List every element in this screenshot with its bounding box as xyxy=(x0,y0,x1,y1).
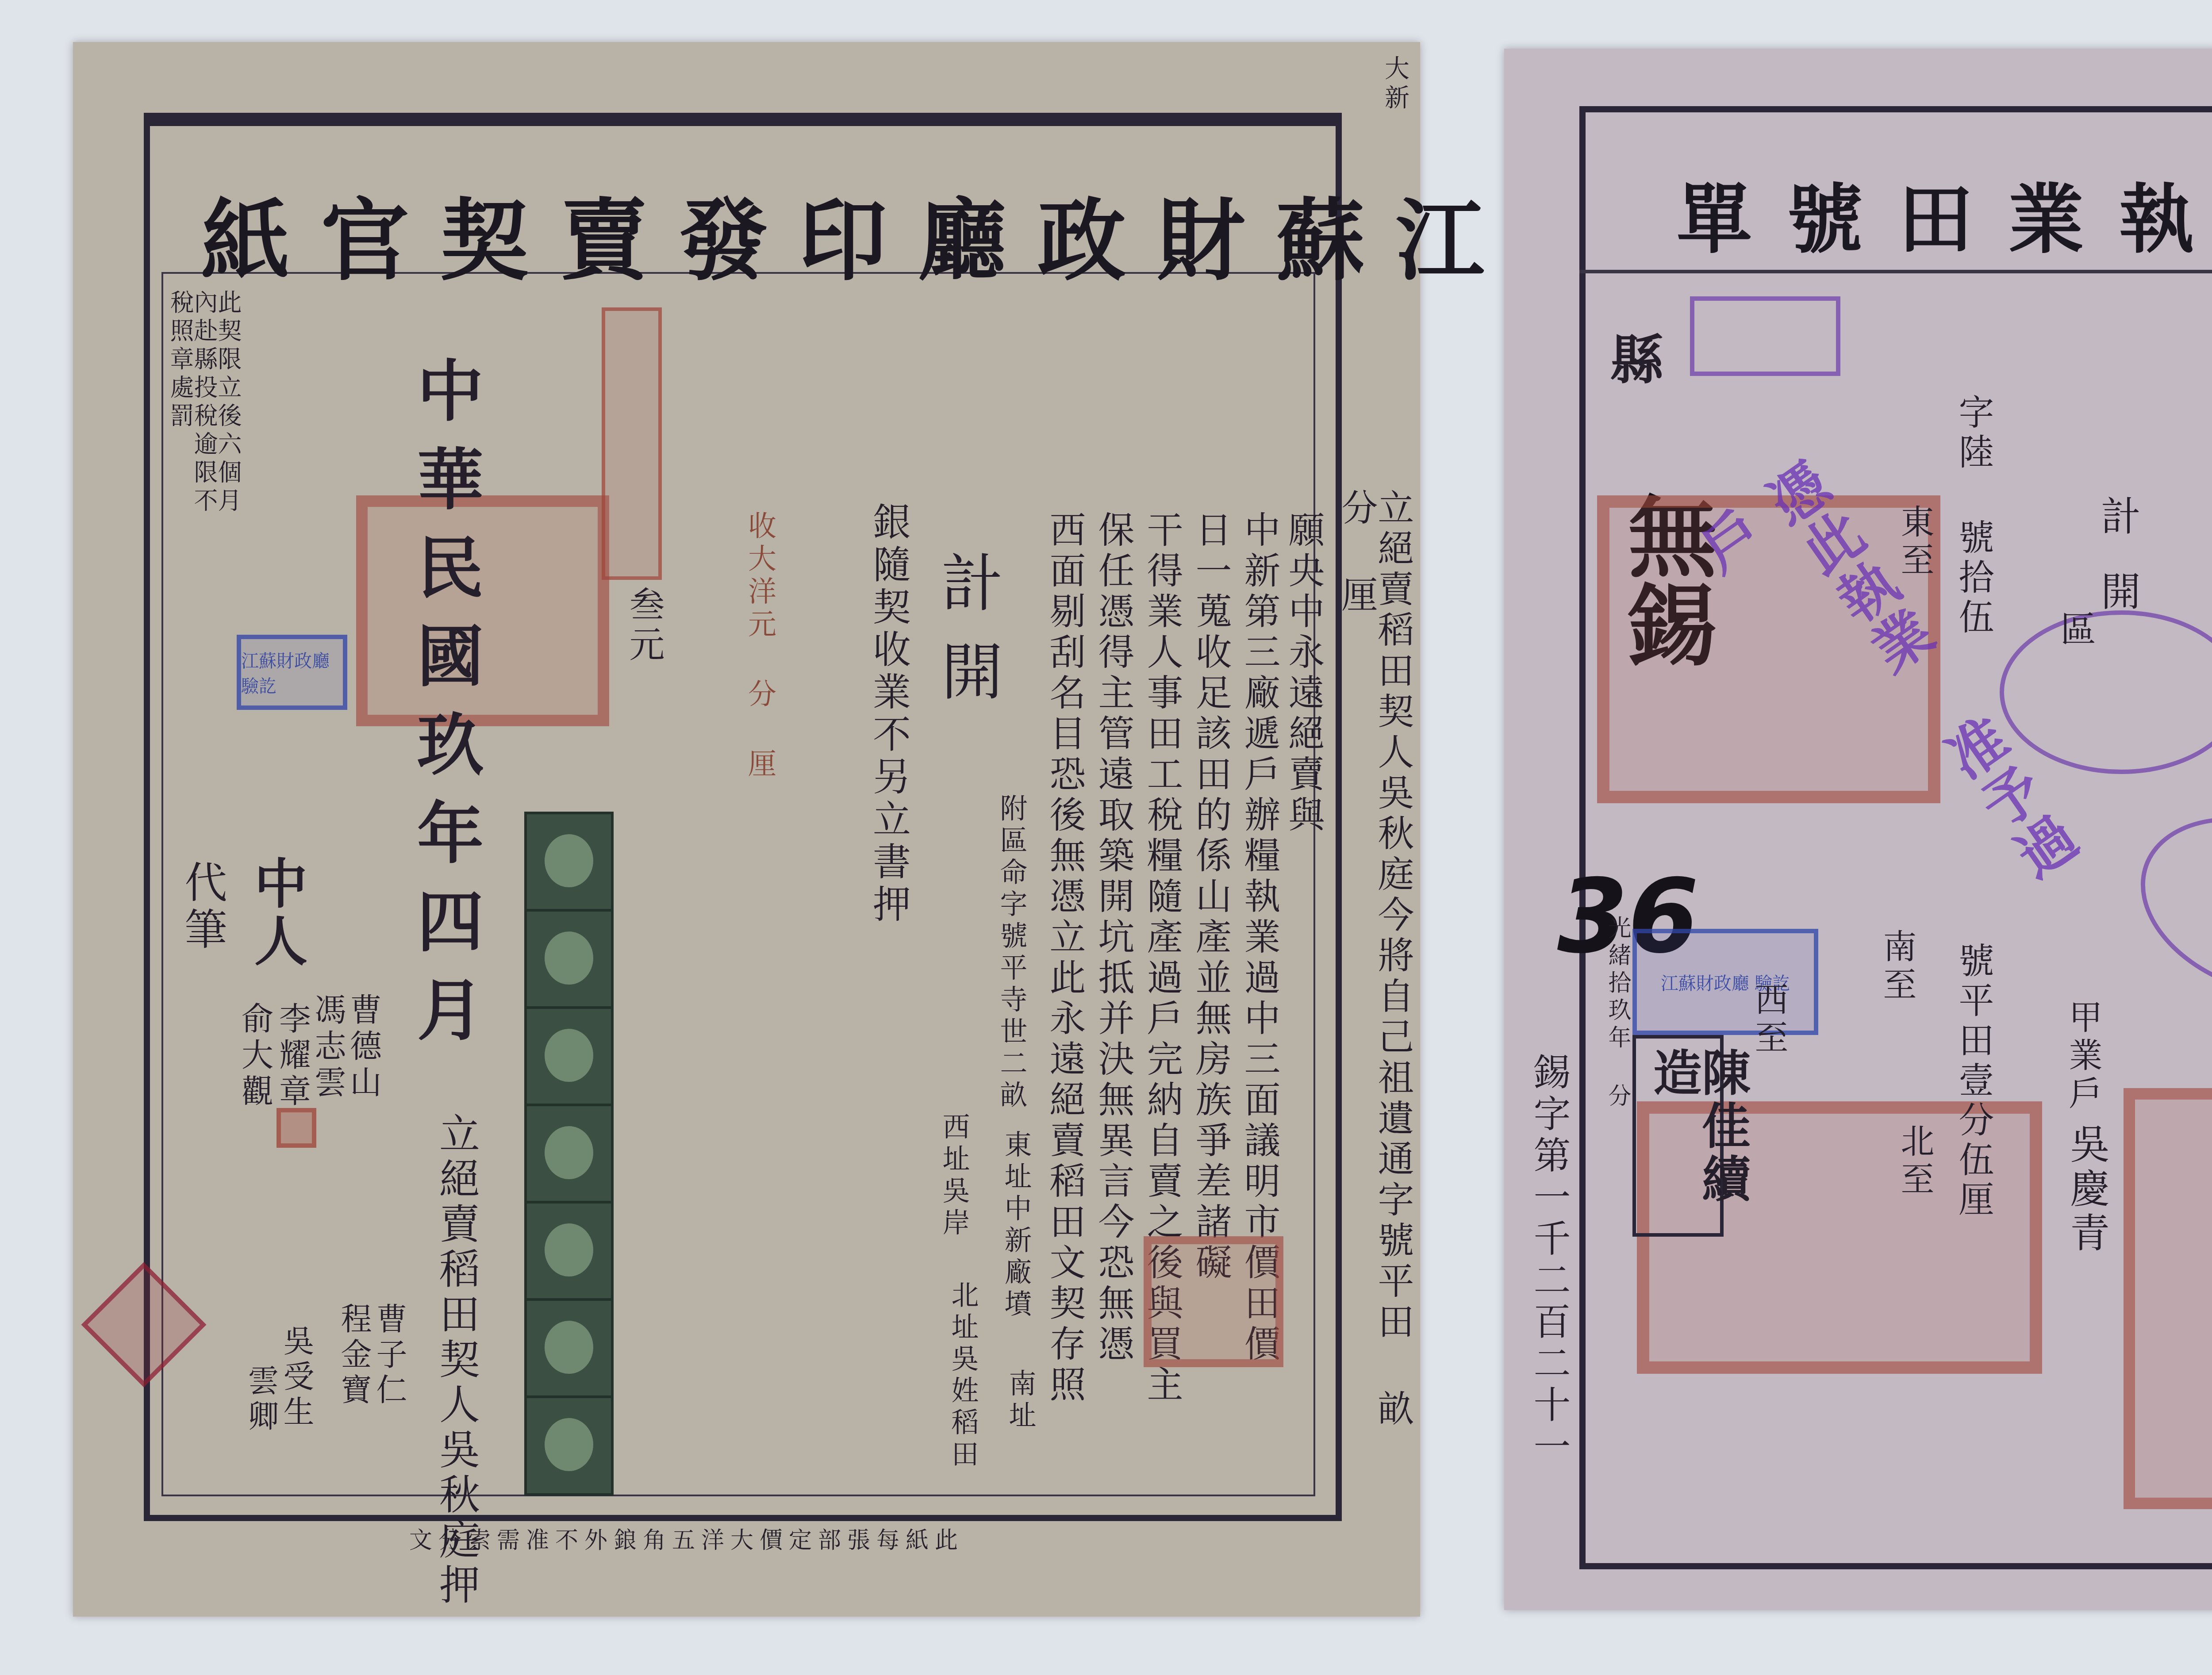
revenue-stamp xyxy=(524,1104,614,1204)
middleman-name: 曹德山 xyxy=(347,993,379,1102)
left-document-deed: 江蘇財政廳印發賣契官紙 大新 此契限立後六個月內赴縣投稅逾限不稅照章處罰 叁元 … xyxy=(73,42,1420,1617)
schedule-item: 北址吳姓稻田 xyxy=(949,1280,976,1472)
middleman-name: 俞大觀 xyxy=(239,1002,271,1111)
right-year-note: 光緒拾玖年 分 xyxy=(1606,916,1629,1111)
left-middlemen-heading: 中人 xyxy=(250,856,303,971)
revenue-stamp xyxy=(524,1298,614,1399)
schedule-item: 南址 xyxy=(1006,1369,1034,1433)
text-column: 立絕賣稻田契人吳秋庭今將自己祖遺通字號平田 畝 分 厘 xyxy=(1338,489,1411,1462)
revenue-stamp xyxy=(524,909,614,1009)
right-serial: 錫字第一千二百二十一 xyxy=(1531,1053,1568,1468)
middleman-name: 馮志雲 xyxy=(312,993,344,1102)
left-tall-red-stamp xyxy=(602,307,662,580)
left-title: 江蘇財政廳印發賣契官紙 xyxy=(201,170,1515,297)
left-corner-note: 大新 xyxy=(1382,55,1407,114)
right-boxed-name-box: 陳佳續造 xyxy=(1632,1035,1724,1237)
text-column: 保任憑得主管遠取築開坑抵并決無異言今恐無憑 xyxy=(1095,511,1131,1440)
right-plot-number: 字陸 號拾伍 xyxy=(1955,394,1991,638)
schedule-item: 西址吳岸 xyxy=(940,1112,968,1240)
right-owner-label: 甲業戶 xyxy=(2066,1000,2100,1114)
text-column: 西面剔刮名目恐後無憑立此永遠絕賣稻田文契存照 xyxy=(1046,511,1083,1440)
left-footer: 此紙每張部定價大洋五角鋃外不准需索分文 xyxy=(409,1522,964,1555)
right-schedule-heading: 計開 xyxy=(2097,495,2137,646)
left-stamp-price: 叁元 xyxy=(626,586,661,666)
revenue-stamp xyxy=(524,1201,614,1301)
left-red-annotation: 收大洋元 分 厘 xyxy=(745,511,774,782)
text-column: 銀隨契收業不另立書押 xyxy=(869,502,907,927)
witness-name: 吳受生 xyxy=(281,1325,312,1431)
right-red-seal-right xyxy=(2124,1088,2212,1509)
left-red-seal-bottom-right xyxy=(1144,1236,1283,1367)
left-margin-note: 此契限立後六個月內赴縣投稅逾限不稅照章處罰 xyxy=(168,290,240,537)
right-boundary-north: 北至 xyxy=(1898,1123,1932,1200)
middleman-name: 李耀章 xyxy=(276,1002,308,1111)
right-area-line: 號平田壹分伍厘 xyxy=(1955,942,1991,1221)
right-county-label: 縣 xyxy=(1606,332,1659,389)
left-blue-stamp: 江蘇財政廳 驗訖 xyxy=(237,635,347,710)
schedule-item: 東址中新廠墳 xyxy=(1002,1130,1029,1321)
right-boundary-east: 東至 xyxy=(1898,504,1932,580)
right-owner-name: 吳慶青 xyxy=(2066,1123,2106,1256)
right-title: 清糧執業田號單 xyxy=(1677,159,2212,268)
revenue-stamp xyxy=(524,1006,614,1107)
right-boundary-south: 南至 xyxy=(1880,929,1914,1005)
witness-name: 曹子仁 xyxy=(374,1303,405,1409)
right-blue-stamp: 江蘇財政廳 驗訖 xyxy=(1632,929,1818,1035)
left-scribe: 代筆 xyxy=(181,860,224,954)
right-boundary-west: 西至 xyxy=(1752,982,1786,1058)
witness-name: 雲卿 xyxy=(246,1365,276,1435)
right-title-divider xyxy=(1579,270,2212,273)
left-schedule-heading: 計開 xyxy=(936,551,998,728)
right-district: 區 xyxy=(2057,610,2093,650)
right-boxed-name: 陳佳續造 xyxy=(1649,1047,1747,1233)
right-top-purple-rect-stamp xyxy=(1690,296,1840,376)
revenue-stamp xyxy=(524,812,614,912)
witness-name: 程金寶 xyxy=(338,1303,369,1409)
right-document-land-certificate: 清糧執業田號單 縣 無錫 36 憑此執業 准予過戶 江蘇財政廳 驗訖 光緒拾玖年… xyxy=(1504,49,2212,1610)
text-column: 願央中永遠絕賣與 xyxy=(1285,511,1321,836)
left-date: 中華民國玖年四月 xyxy=(411,356,478,1064)
schedule-item: 附區命字號平寺世二畝 xyxy=(998,794,1025,1112)
middleman-red-seal xyxy=(276,1108,316,1148)
revenue-stamp xyxy=(524,1395,614,1496)
